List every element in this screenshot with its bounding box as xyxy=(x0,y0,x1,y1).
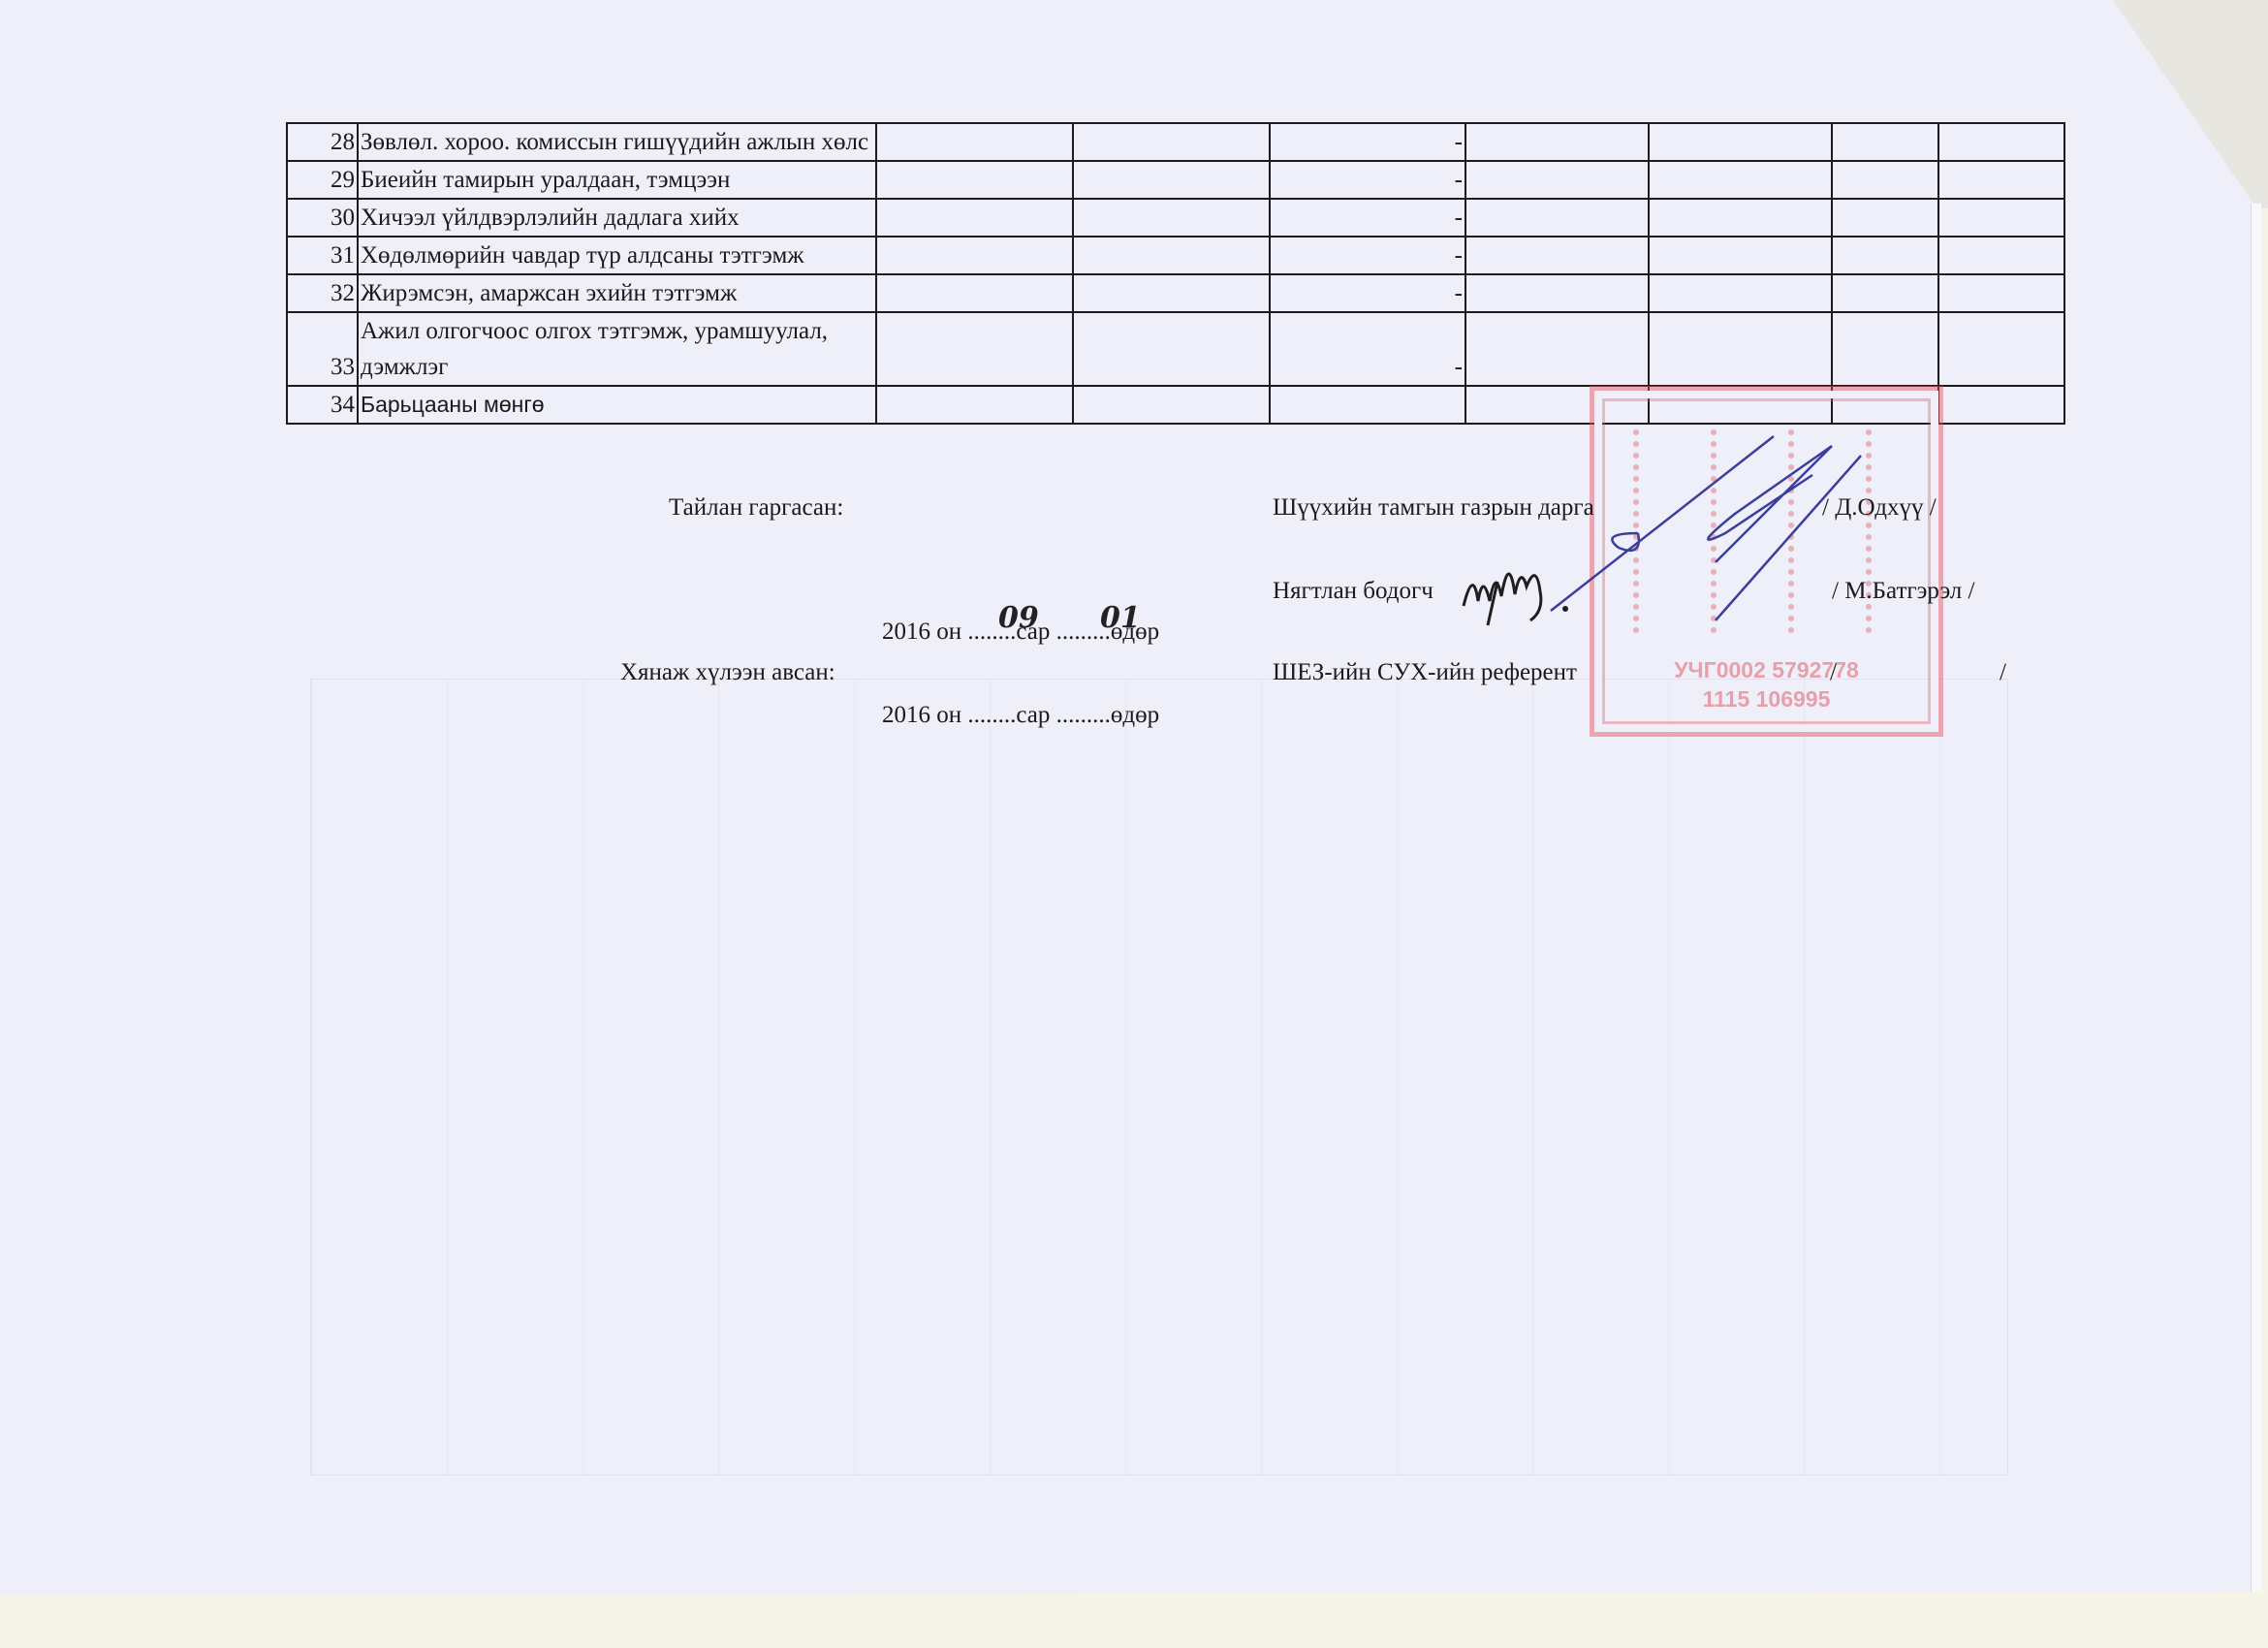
stamp-code-line2: 1115 106995 xyxy=(1594,686,1938,713)
row-item-name: Ажил олгогчоос олгох тэтгэмж, урамшуулал… xyxy=(358,312,876,386)
row-value-cell xyxy=(876,312,1073,386)
row-value-cell xyxy=(1832,312,1938,386)
row-number: 31 xyxy=(287,237,358,274)
row-value-cell xyxy=(1938,237,2064,274)
row-value-cell: - xyxy=(1270,123,1465,161)
row-value-cell xyxy=(1938,199,2064,237)
row-value-cell xyxy=(1832,161,1938,199)
row-item-name: Хичээл үйлдвэрлэлийн дадлага хийх xyxy=(358,199,876,237)
prepared-month-handwritten: 09 xyxy=(998,601,1039,635)
referent-slash-left: / xyxy=(1830,659,1837,686)
row-value-cell xyxy=(1073,386,1270,424)
accountant-signature-icon xyxy=(1459,562,1575,630)
row-value-cell xyxy=(1938,161,2064,199)
row-value-cell xyxy=(1073,274,1270,312)
row-number: 30 xyxy=(287,199,358,237)
row-number: 28 xyxy=(287,123,358,161)
report-table: 28Зөвлөл. хороо. комиссын гишүүдийн ажлы… xyxy=(286,122,2065,425)
row-value-cell xyxy=(1938,386,2064,424)
row-value-cell xyxy=(876,199,1073,237)
reviewed-label: Хянаж хүлээн авсан: xyxy=(620,659,835,686)
table-row: 30Хичээл үйлдвэрлэлийн дадлага хийх- xyxy=(287,199,2064,237)
row-item-name: Барьцааны мөнгө xyxy=(358,386,876,424)
row-value-cell xyxy=(1073,237,1270,274)
row-item-name: Биеийн тамирын уралдаан, тэмцээн xyxy=(358,161,876,199)
row-value-cell xyxy=(1465,312,1649,386)
row-value-cell xyxy=(1465,123,1649,161)
referent-title: ШЕЗ-ийн СУХ-ийн референт xyxy=(1273,659,1577,686)
table-row: 29Биеийн тамирын уралдаан, тэмцээн- xyxy=(287,161,2064,199)
accountant-title: Нягтлан бодогч xyxy=(1273,578,1433,605)
head-signature-icon xyxy=(1541,427,1890,659)
row-value-cell xyxy=(1649,274,1832,312)
row-number: 33 xyxy=(287,312,358,386)
row-value-cell xyxy=(876,274,1073,312)
table-row: 31Хөдөлмөрийн чавдар түр алдсаны тэтгэмж… xyxy=(287,237,2064,274)
row-value-cell xyxy=(1465,274,1649,312)
row-number: 32 xyxy=(287,274,358,312)
row-value-cell xyxy=(1073,161,1270,199)
row-value-cell xyxy=(1073,312,1270,386)
row-value-cell xyxy=(1832,237,1938,274)
row-value-cell xyxy=(876,161,1073,199)
row-value-cell xyxy=(1832,274,1938,312)
prepared-label: Тайлан гаргасан: xyxy=(669,494,843,522)
row-item-name: Жирэмсэн, амаржсан эхийн тэтгэмж xyxy=(358,274,876,312)
row-value-cell: - xyxy=(1270,274,1465,312)
row-value-cell xyxy=(1938,123,2064,161)
row-value-cell xyxy=(1465,237,1649,274)
row-value-cell xyxy=(1465,161,1649,199)
row-value-cell: - xyxy=(1270,199,1465,237)
row-item-name: Зөвлөл. хороо. комиссын гишүүдийн ажлын … xyxy=(358,123,876,161)
row-value-cell xyxy=(1832,199,1938,237)
row-value-cell xyxy=(1649,237,1832,274)
row-value-cell xyxy=(876,237,1073,274)
row-value-cell xyxy=(1649,123,1832,161)
reviewed-date: 2016 он ........сар .........өдөр xyxy=(882,702,1159,729)
row-value-cell xyxy=(1938,312,2064,386)
row-value-cell xyxy=(1938,274,2064,312)
page-edge xyxy=(2251,204,2261,1592)
table-row: 32Жирэмсэн, амаржсан эхийн тэтгэмж- xyxy=(287,274,2064,312)
row-value-cell: - xyxy=(1270,312,1465,386)
row-value-cell xyxy=(876,386,1073,424)
row-value-cell: - xyxy=(1270,161,1465,199)
row-value-cell xyxy=(1649,199,1832,237)
row-number: 34 xyxy=(287,386,358,424)
row-value-cell: - xyxy=(1270,237,1465,274)
referent-slash-right: / xyxy=(2000,659,2006,686)
row-value-cell xyxy=(1270,386,1465,424)
table-row: 28Зөвлөл. хороо. комиссын гишүүдийн ажлы… xyxy=(287,123,2064,161)
bleed-through-table xyxy=(310,679,2008,1475)
row-item-name: Хөдөлмөрийн чавдар түр алдсаны тэтгэмж xyxy=(358,237,876,274)
row-value-cell xyxy=(1465,199,1649,237)
row-value-cell xyxy=(1649,161,1832,199)
row-value-cell xyxy=(1832,123,1938,161)
stamp-code-line1: УЧГ0002 5792778 xyxy=(1594,657,1938,683)
row-value-cell xyxy=(1073,123,1270,161)
table-row: 33Ажил олгогчоос олгох тэтгэмж, урамшуул… xyxy=(287,312,2064,386)
prepared-day-handwritten: 01 xyxy=(1100,601,1141,635)
row-value-cell xyxy=(1073,199,1270,237)
row-number: 29 xyxy=(287,161,358,199)
row-value-cell xyxy=(1649,312,1832,386)
row-value-cell xyxy=(876,123,1073,161)
